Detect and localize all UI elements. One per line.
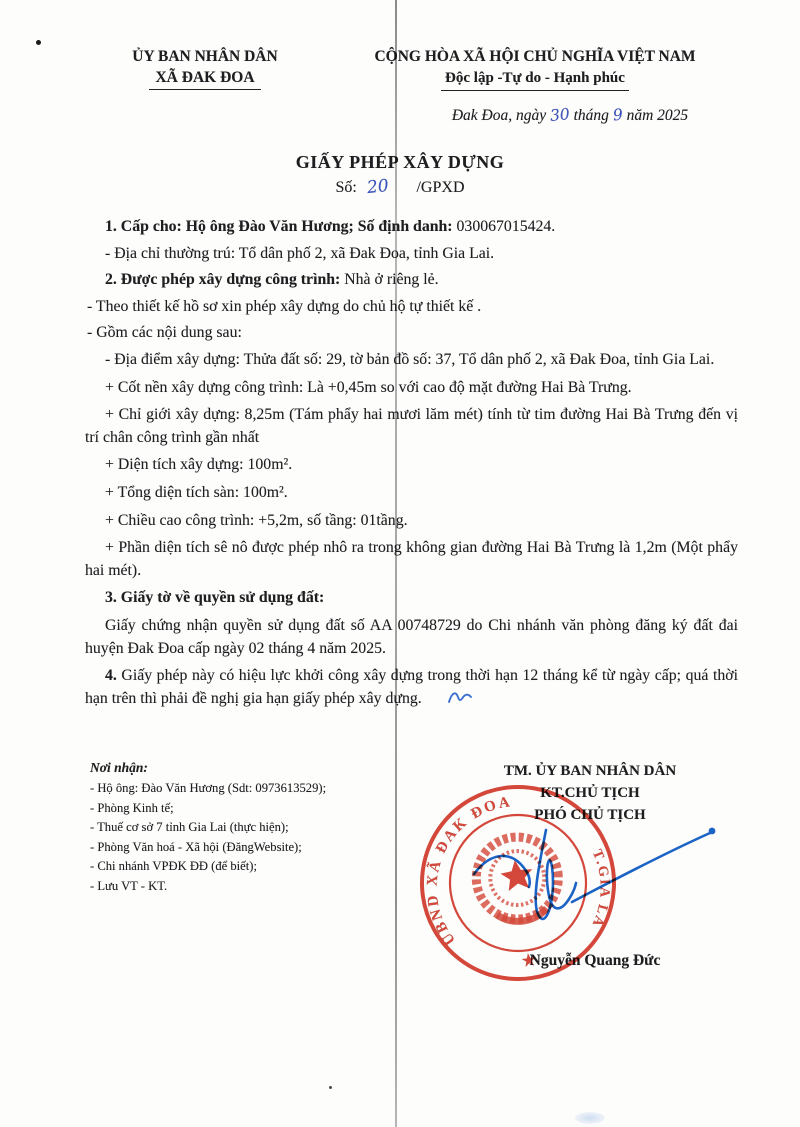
paragraph-bold-text: 2. Được phép xây dựng công trình: (105, 271, 340, 288)
paragraph-text: + Chỉ giới xây dựng: 8,25m (Tám phẩy hai… (85, 406, 738, 446)
recipient-item: - Hộ ông: Đào Văn Hương (Sdt: 0973613529… (90, 779, 390, 799)
recipient-item: - Thuế cơ sở 7 tỉnh Gia Lai (thực hiện); (90, 818, 390, 838)
recipients-title: Nơi nhận: (90, 760, 390, 776)
dateline-prefix: Đak Đoa, ngày (452, 107, 546, 124)
recipients-list: - Hộ ông: Đào Văn Hương (Sdt: 0973613529… (90, 779, 390, 896)
paragraph: 1. Cấp cho: Hộ ông Đào Văn Hương; Số địn… (85, 216, 738, 239)
paragraph: + Cốt nền xây dựng công trình: Là +0,45m… (85, 377, 738, 400)
paragraph-text: - Theo thiết kế hồ sơ xin phép xây dựng … (87, 298, 481, 315)
recipient-item: - Phòng Văn hoá - Xã hội (ĐăngWebsite); (90, 838, 390, 858)
handwritten-month: 9 (612, 106, 624, 125)
document-body: 1. Cấp cho: Hộ ông Đào Văn Hương; Số địn… (85, 216, 738, 718)
paragraph-bold-text: 4. (105, 667, 117, 684)
paragraph-text: + Chiều cao công trình: +5,2m, số tầng: … (105, 512, 408, 529)
recipients-block: Nơi nhận: - Hộ ông: Đào Văn Hương (Sdt: … (90, 760, 390, 896)
handwritten-day: 30 (549, 105, 571, 125)
scan-speck (36, 40, 41, 45)
paragraph: - Gồm các nội dung sau: (85, 322, 738, 345)
handwritten-number: 20 (366, 176, 390, 198)
seal-star: ★ (519, 949, 538, 971)
paragraph-text: Giấy chứng nhận quyền sử dụng đất số AA … (85, 617, 738, 657)
paragraph-bold-text: 1. Cấp cho: Hộ ông Đào Văn Hương; Số địn… (105, 218, 453, 235)
paragraph-bold-text: 3. Giấy tờ về quyền sử dụng đất: (105, 589, 324, 606)
national-header: CỘNG HÒA XÃ HỘI CHỦ NGHĨA VIỆT NAM Độc l… (330, 46, 740, 91)
dateline-mid: tháng (574, 107, 609, 124)
recipient-item: - Lưu VT - KT. (90, 877, 390, 897)
document-number: Số: 20 /GPXD (0, 177, 800, 197)
signature (458, 810, 738, 950)
paragraph-text: - Địa chỉ thường trú: Tổ dân phố 2, xã Đ… (105, 245, 494, 262)
recipient-item: - Chi nhánh VPĐK ĐĐ (để biết); (90, 857, 390, 877)
paragraph: 2. Được phép xây dựng công trình: Nhà ở … (85, 269, 738, 292)
paragraph: 4. Giấy phép này có hiệu lực khởi công x… (85, 665, 738, 713)
paragraph-text: Nhà ở riêng lẻ. (340, 271, 438, 288)
paragraph: + Tổng diện tích sàn: 100m². (85, 482, 738, 505)
national-title: CỘNG HÒA XÃ HỘI CHỦ NGHĨA VIỆT NAM (330, 46, 740, 67)
dateline: Đak Đoa, ngày 30 tháng 9 năm 2025 (400, 106, 740, 125)
paragraph: 3. Giấy tờ về quyền sử dụng đất: (85, 587, 738, 610)
paragraph: + Chỉ giới xây dựng: 8,25m (Tám phẩy hai… (85, 404, 738, 449)
document-page: ỦY BAN NHÂN DÂN XÃ ĐAK ĐOA CỘNG HÒA XÃ H… (0, 0, 800, 1127)
paragraph-text: + Diện tích xây dựng: 100m². (105, 456, 292, 473)
paragraph: - Địa điểm xây dựng: Thửa đất số: 29, tờ… (85, 349, 738, 372)
paragraph-text: Giấy phép này có hiệu lực khởi công xây … (85, 667, 738, 707)
paragraph-text: + Cốt nền xây dựng công trình: Là +0,45m… (105, 379, 632, 396)
paragraph: - Địa chỉ thường trú: Tổ dân phố 2, xã Đ… (85, 243, 738, 266)
authority-parent: ỦY BAN NHÂN DÂN (70, 46, 340, 67)
paragraph: - Theo thiết kế hồ sơ xin phép xây dựng … (85, 296, 738, 319)
paragraph: Giấy chứng nhận quyền sử dụng đất số AA … (85, 615, 738, 660)
handwritten-initial (427, 688, 473, 714)
authority-name: XÃ ĐAK ĐOA (149, 67, 260, 90)
paragraph-text: 030067015424. (453, 218, 556, 235)
document-title: GIẤY PHÉP XÂY DỰNG (0, 152, 800, 173)
number-label: Số: (336, 179, 357, 196)
paragraph: + Chiều cao công trình: +5,2m, số tầng: … (85, 510, 738, 533)
issuing-authority-header: ỦY BAN NHÂN DÂN XÃ ĐAK ĐOA (70, 46, 340, 90)
paragraph-text: + Tổng diện tích sàn: 100m². (105, 484, 288, 501)
paragraph-text: + Phần diện tích sê nô được phép nhô ra … (85, 539, 738, 579)
scan-smudge (575, 1112, 605, 1124)
national-motto: Độc lập -Tự do - Hạnh phúc (441, 68, 629, 91)
scan-speck (329, 1086, 332, 1089)
recipient-item: - Phòng Kinh tế; (90, 799, 390, 819)
paragraph-text: - Gồm các nội dung sau: (87, 324, 242, 341)
paragraph-text: - Địa điểm xây dựng: Thửa đất số: 29, tờ… (105, 351, 714, 368)
paragraph: + Phần diện tích sê nô được phép nhô ra … (85, 537, 738, 582)
dateline-suffix: năm 2025 (627, 107, 689, 124)
paragraph: + Diện tích xây dựng: 100m². (85, 454, 738, 477)
number-suffix: /GPXD (416, 179, 464, 196)
fold-line (395, 0, 397, 1127)
